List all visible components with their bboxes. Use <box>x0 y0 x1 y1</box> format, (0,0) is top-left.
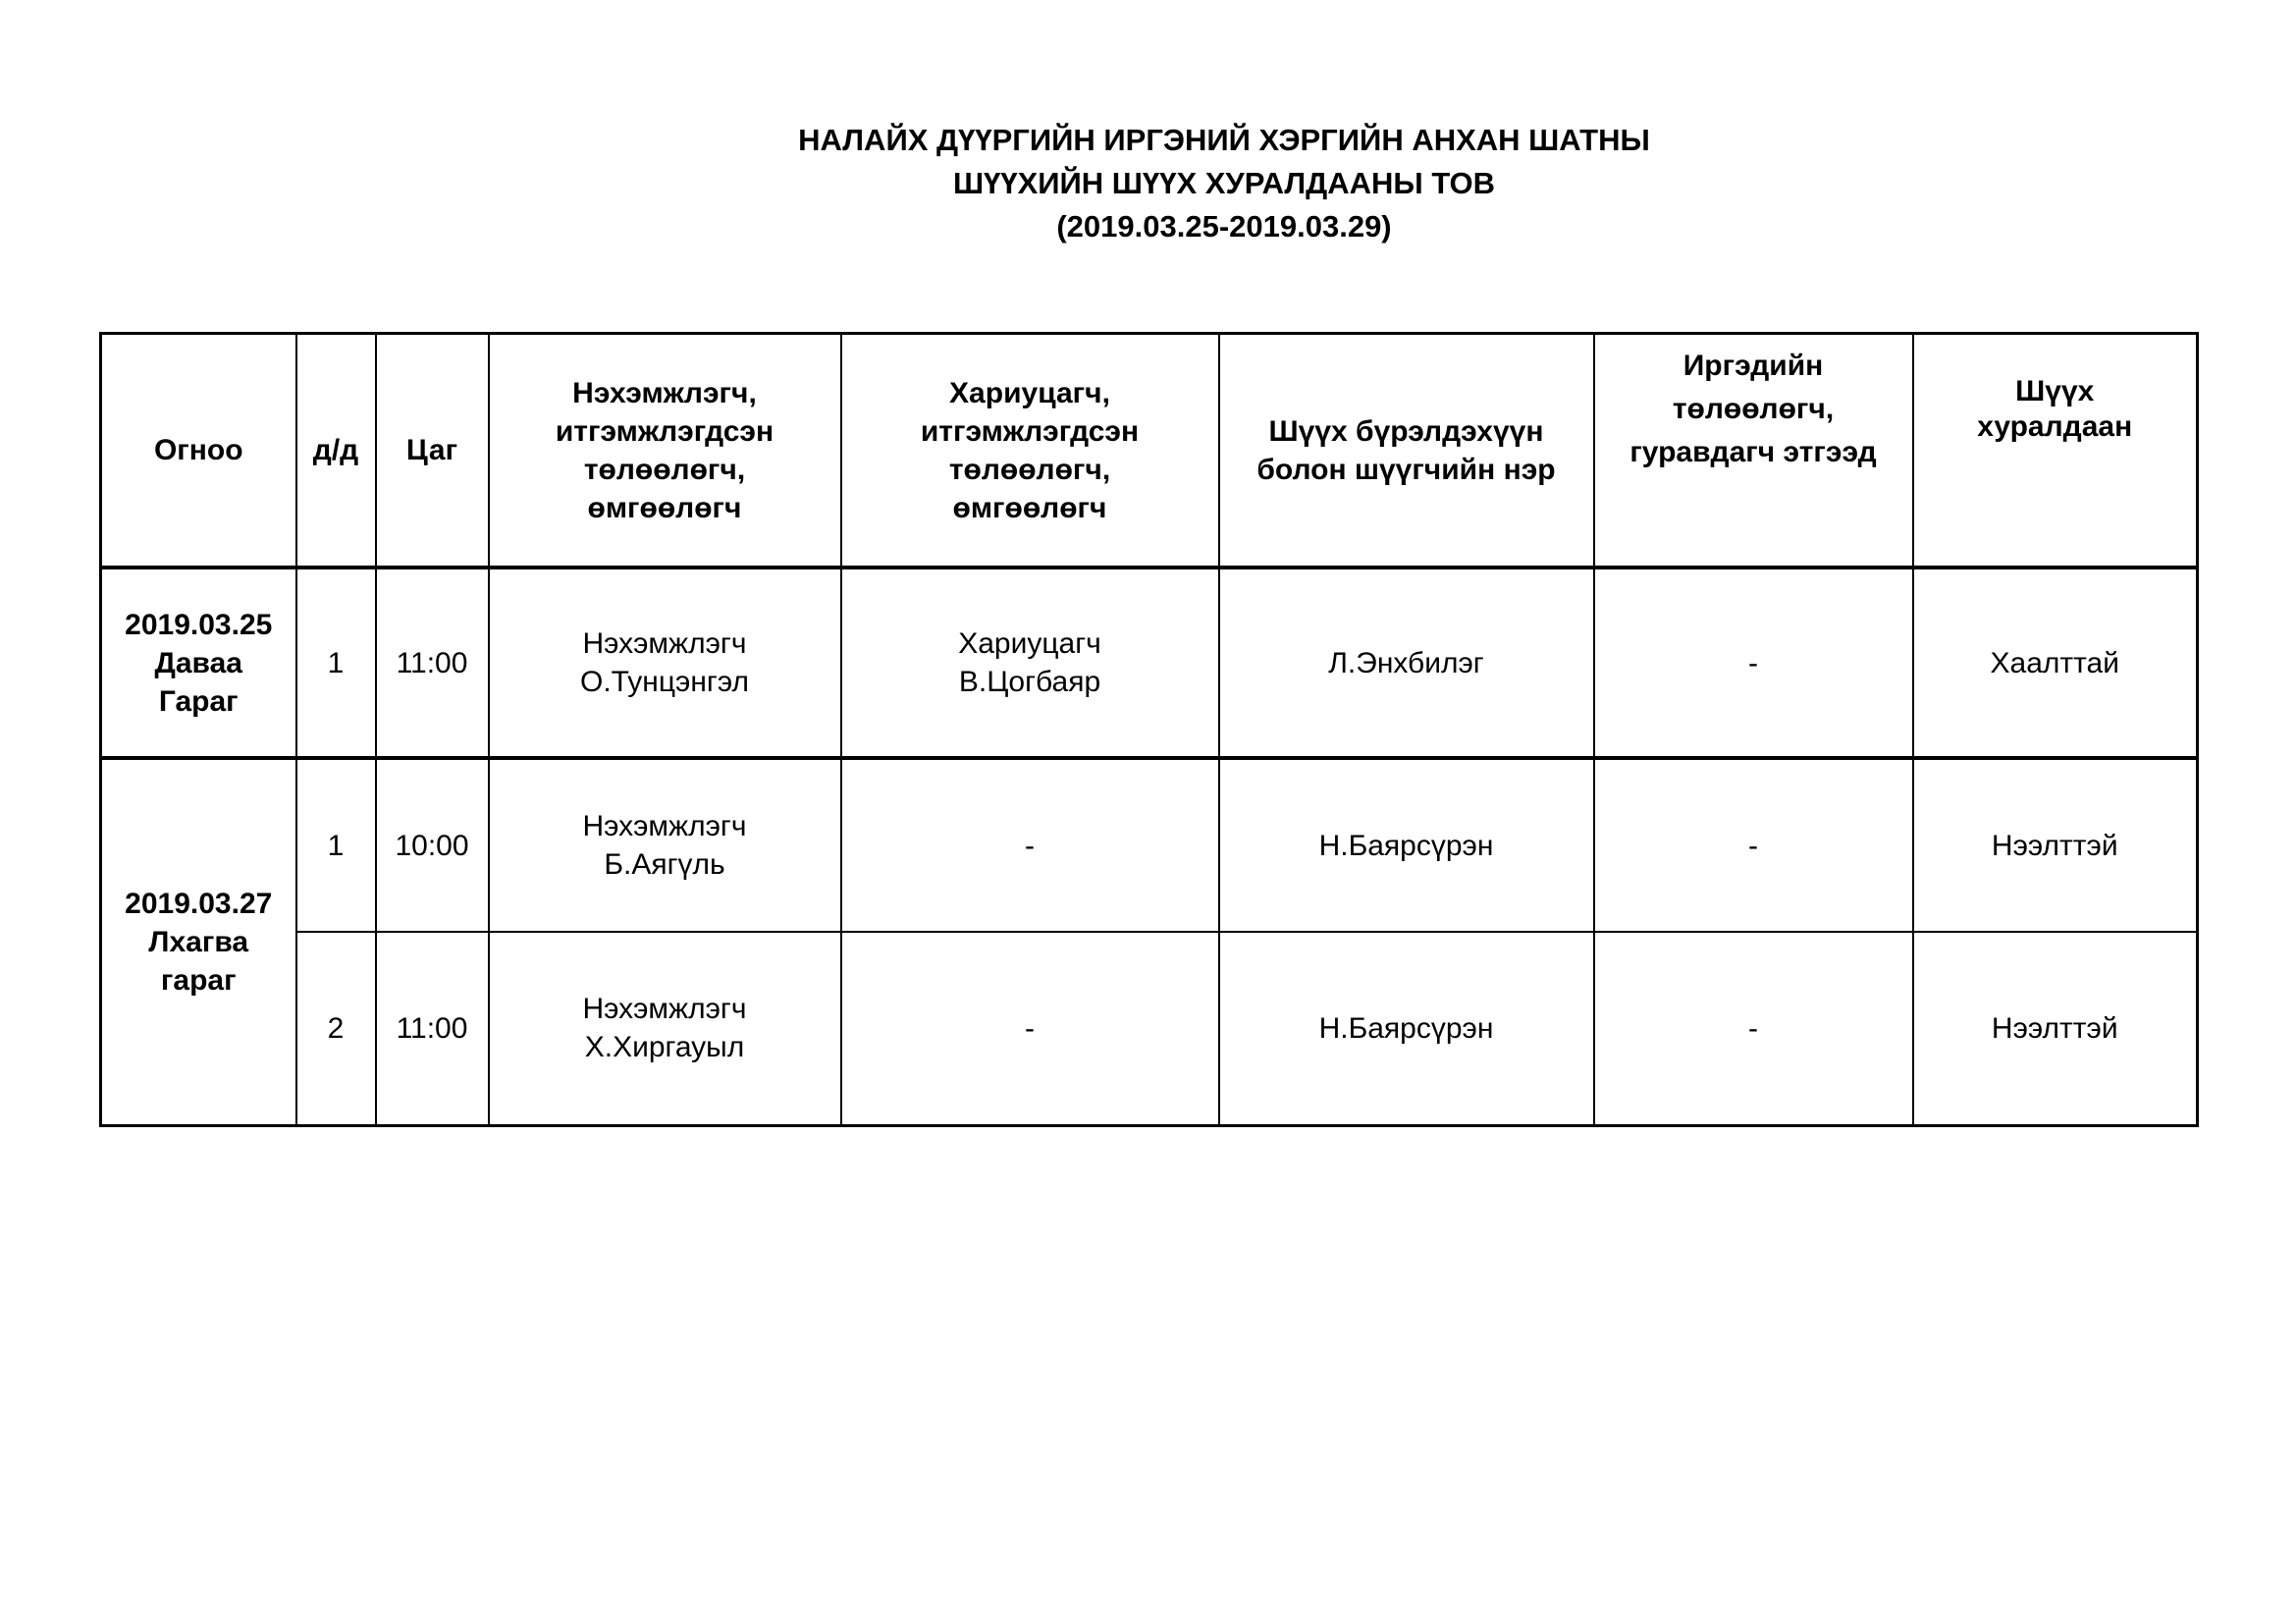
number-cell: 2 <box>296 932 376 1125</box>
document-title: НАЛАЙХ ДҮҮРГИЙН ИРГЭНИЙ ХЭРГИЙН АНХАН ША… <box>0 119 2296 248</box>
date-cell: 2019.03.25Даваа Гараг <box>101 568 296 758</box>
citizen-rep-cell: - <box>1594 932 1913 1125</box>
session-cell: Хаалттай <box>1913 568 2198 758</box>
defendant-cell: - <box>841 932 1219 1125</box>
header-citizen-rep: Иргэдийнтөлөөлөгч, гуравдагч этгээд <box>1594 334 1913 568</box>
header-plaintiff: Нэхэмжлэгч,итгэмжлэгдсэн төлөөлөгч,өмгөө… <box>489 334 841 568</box>
citizen-rep-cell: - <box>1594 758 1913 932</box>
table-row: 2019.03.25Даваа Гараг 1 11:00 Нэхэмжлэгч… <box>101 568 2198 758</box>
judge-cell: Н.Баярсүрэн <box>1219 932 1594 1125</box>
plaintiff-cell: НэхэмжлэгчБ.Аягүль <box>489 758 841 932</box>
title-line-2: ШҮҮХИЙН ШҮҮХ ХУРАЛДААНЫ ТОВ <box>0 162 2296 205</box>
header-session: Шүүххуралдаан <box>1913 334 2198 568</box>
citizen-rep-cell: - <box>1594 568 1913 758</box>
table-row: 2019.03.27Лхагва гараг 1 10:00 Нэхэмжлэг… <box>101 758 2198 932</box>
header-defendant: Хариуцагч,итгэмжлэгдсэн төлөөлөгч,өмгөөл… <box>841 334 1219 568</box>
table-row: 2 11:00 НэхэмжлэгчХ.Хиргауыл - Н.Баярсүр… <box>101 932 2198 1125</box>
plaintiff-cell: НэхэмжлэгчХ.Хиргауыл <box>489 932 841 1125</box>
header-number: д/д <box>296 334 376 568</box>
hearing-schedule-table: Огноо д/д Цаг Нэхэмжлэгч,итгэмжлэгдсэн т… <box>99 332 2199 1127</box>
time-cell: 11:00 <box>376 568 489 758</box>
title-line-1: НАЛАЙХ ДҮҮРГИЙН ИРГЭНИЙ ХЭРГИЙН АНХАН ША… <box>0 119 2296 162</box>
header-date: Огноо <box>101 334 296 568</box>
number-cell: 1 <box>296 568 376 758</box>
session-cell: Нээлттэй <box>1913 932 2198 1125</box>
header-time: Цаг <box>376 334 489 568</box>
plaintiff-cell: НэхэмжлэгчО.Тунцэнгэл <box>489 568 841 758</box>
judge-cell: Н.Баярсүрэн <box>1219 758 1594 932</box>
defendant-cell: - <box>841 758 1219 932</box>
header-row: Огноо д/д Цаг Нэхэмжлэгч,итгэмжлэгдсэн т… <box>101 334 2198 568</box>
judge-cell: Л.Энхбилэг <box>1219 568 1594 758</box>
date-cell: 2019.03.27Лхагва гараг <box>101 758 296 1125</box>
session-cell: Нээлттэй <box>1913 758 2198 932</box>
defendant-cell: ХариуцагчВ.Цогбаяр <box>841 568 1219 758</box>
time-cell: 10:00 <box>376 758 489 932</box>
header-judge: Шүүх бүрэлдэхүүнболон шүүгчийн нэр <box>1219 334 1594 568</box>
time-cell: 11:00 <box>376 932 489 1125</box>
number-cell: 1 <box>296 758 376 932</box>
title-date-range: (2019.03.25-2019.03.29) <box>0 205 2296 248</box>
